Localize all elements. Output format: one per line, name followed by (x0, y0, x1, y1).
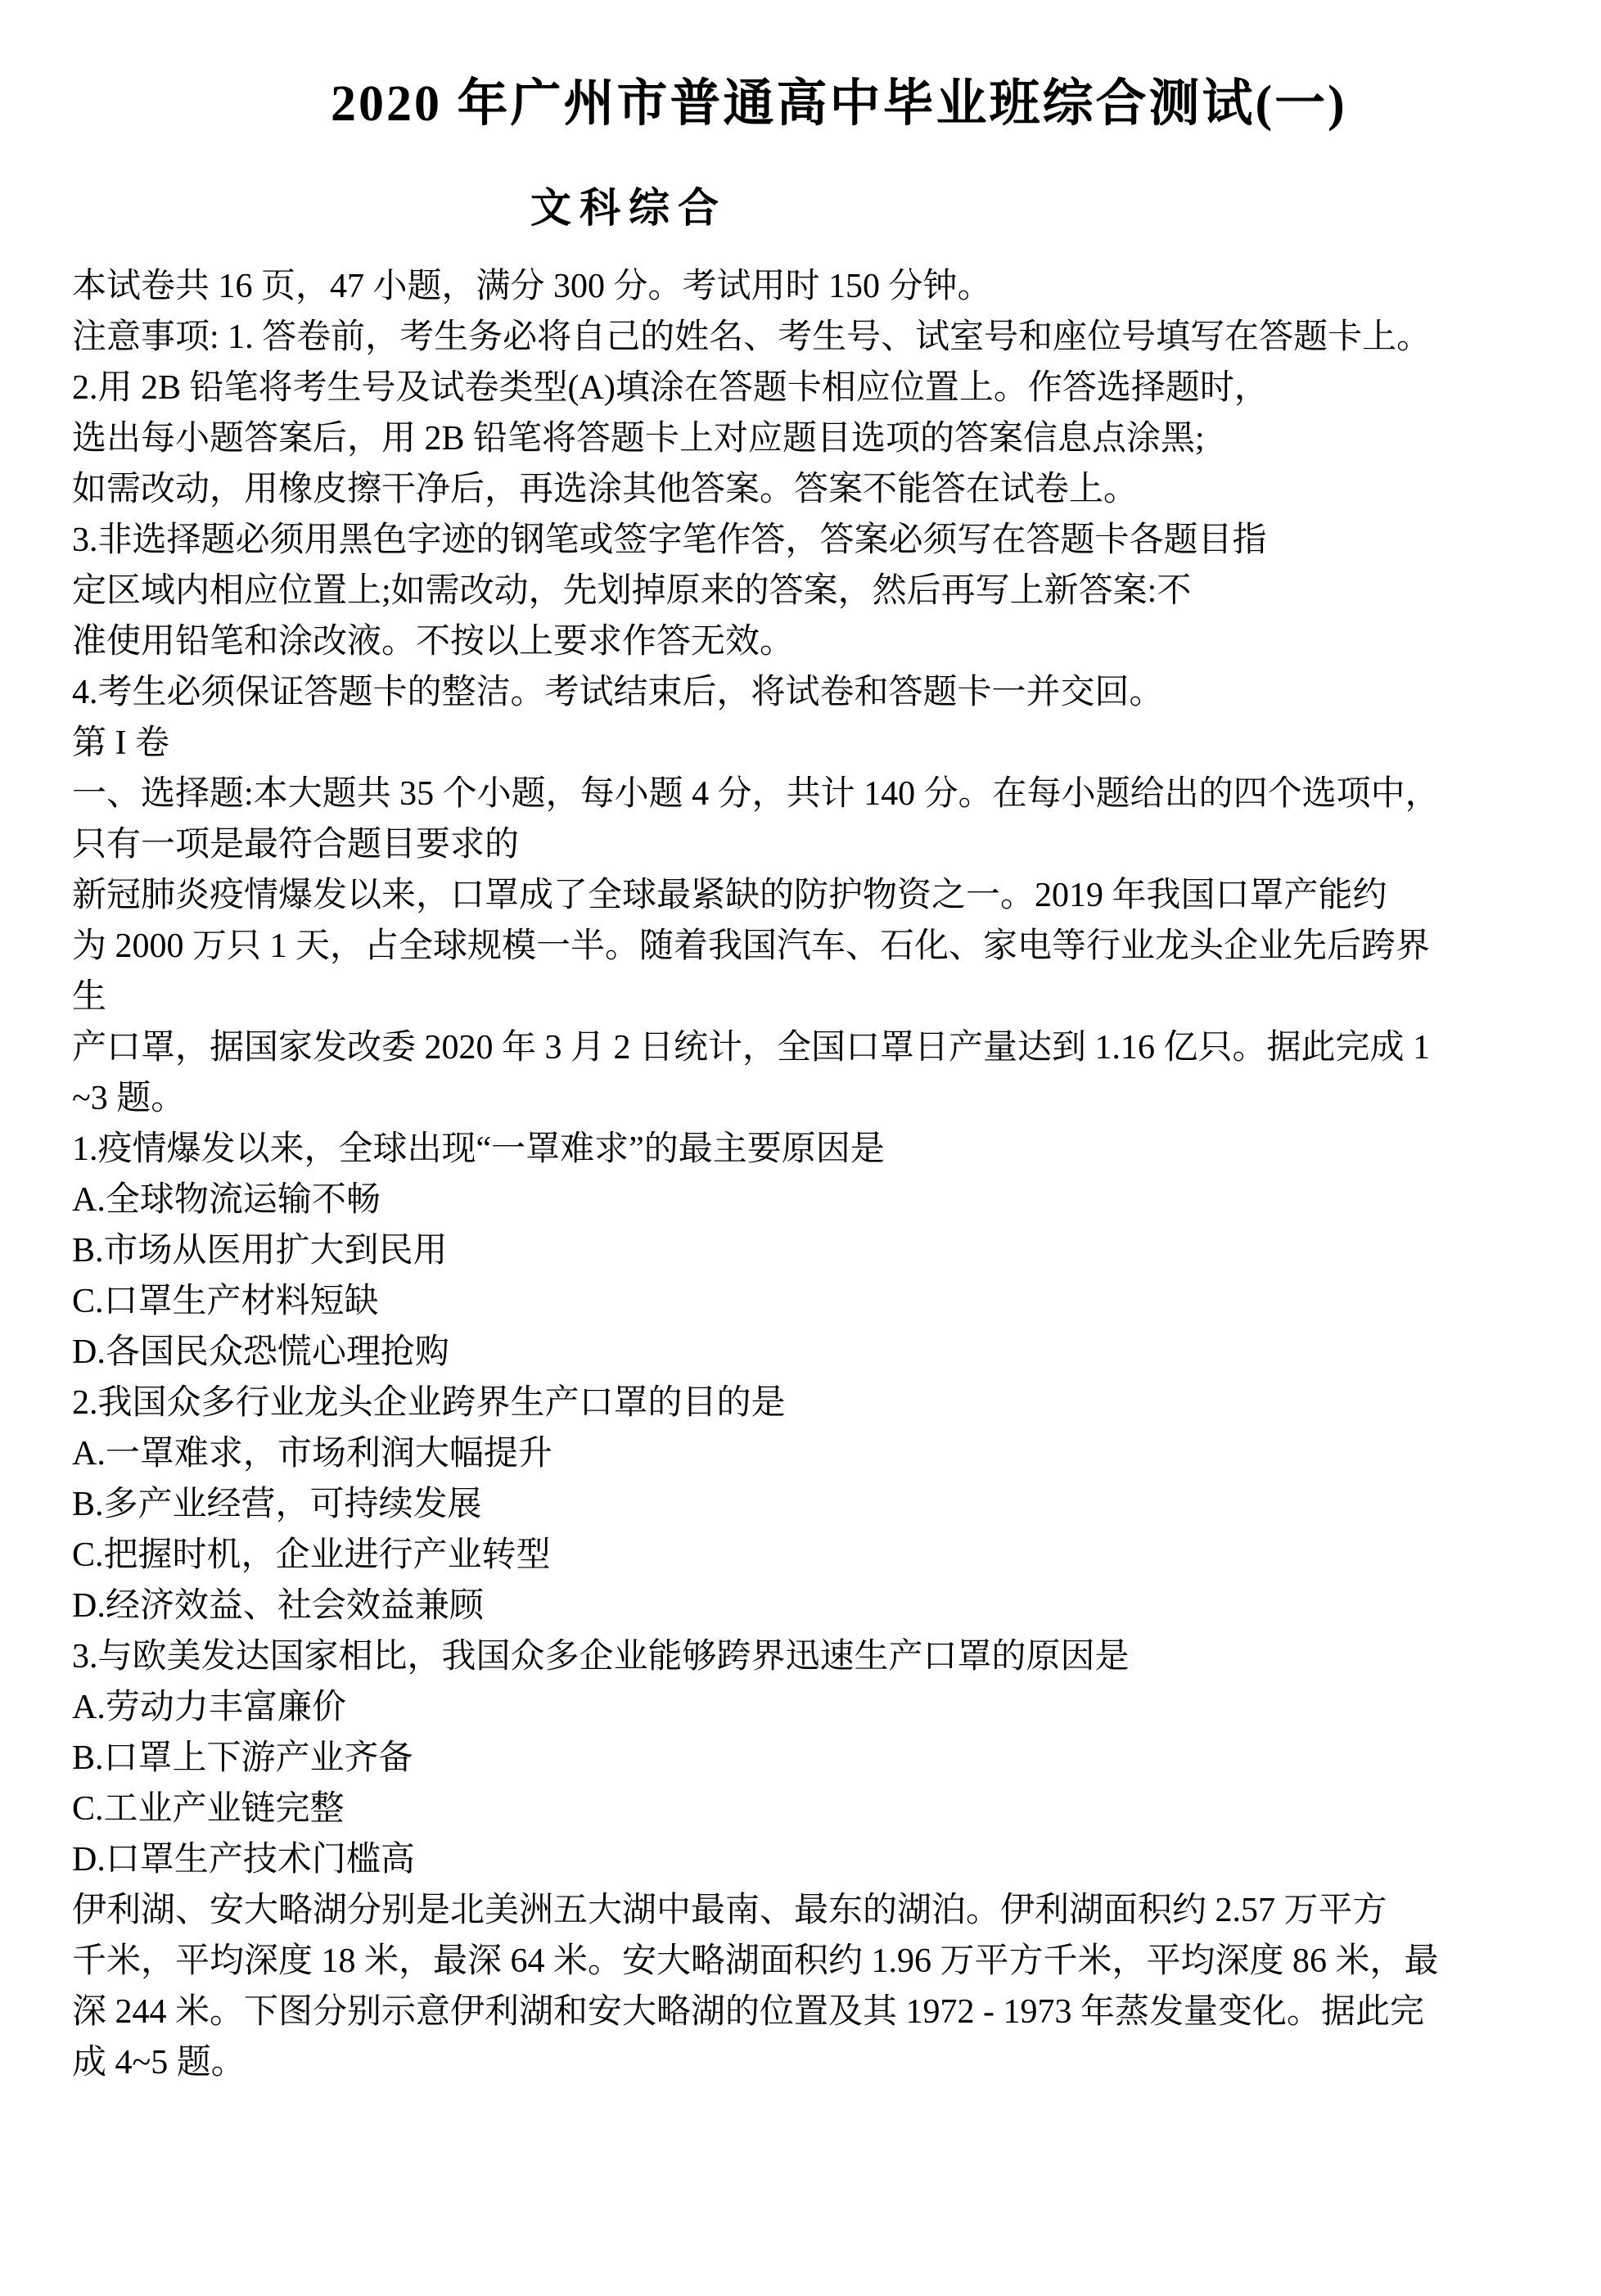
text-line: C.工业产业链完整 (72, 1784, 1568, 1834)
text-line: ~3 题。 (72, 1073, 1568, 1124)
text-line: 注意事项: 1. 答卷前，考生务必将自己的姓名、考生号、试室号和座位号填写在答题… (72, 312, 1568, 363)
text-line: 为 2000 万只 1 天，占全球规模一半。随着我国汽车、石化、家电等行业龙头企… (72, 921, 1568, 972)
text-line: 生 (72, 972, 1568, 1022)
text-line: 深 244 米。下图分别示意伊利湖和安大略湖的位置及其 1972 - 1973 … (72, 1987, 1568, 2037)
text-line: A.一罩难求，市场利润大幅提升 (72, 1428, 1568, 1479)
text-line: 成 4~5 题。 (72, 2037, 1568, 2088)
exam-title: 2020 年广州市普通高中毕业班综合测试(一) (331, 71, 1347, 137)
text-line: 准使用铅笔和涂改液。不按以上要求作答无效。 (72, 616, 1568, 667)
text-line: C.把握时机，企业进行产业转型 (72, 1530, 1568, 1581)
text-line: 选出每小题答案后，用 2B 铅笔将答题卡上对应题目选项的答案信息点涂黑; (72, 413, 1568, 464)
exam-body: 本试卷共 16 页，47 小题，满分 300 分。考试用时 150 分钟。注意事… (72, 261, 1568, 2088)
text-line: D.各国民众恐慌心理抢购 (72, 1327, 1568, 1378)
text-line: B.市场从医用扩大到民用 (72, 1225, 1568, 1276)
text-line: D.经济效益、社会效益兼顾 (72, 1581, 1568, 1631)
text-line: 千米，平均深度 18 米，最深 64 米。安大略湖面积约 1.96 万平方千米，… (72, 1936, 1568, 1987)
text-line: C.口罩生产材料短缺 (72, 1276, 1568, 1327)
exam-subtitle: 文科综合 (530, 183, 727, 233)
text-line: 只有一项是最符合题目要求的 (72, 819, 1568, 870)
text-line: 第 I 卷 (72, 718, 1568, 769)
text-line: 3.与欧美发达国家相比，我国众多企业能够跨界迅速生产口罩的原因是 (72, 1631, 1568, 1682)
text-line: A.全球物流运输不畅 (72, 1175, 1568, 1225)
text-line: 4.考生必须保证答题卡的整洁。考试结束后，将试卷和答题卡一并交回。 (72, 667, 1568, 718)
text-line: 定区域内相应位置上;如需改动，先划掉原来的答案，然后再写上新答案:不 (72, 566, 1568, 616)
text-line: 2.我国众多行业龙头企业跨界生产口罩的目的是 (72, 1378, 1568, 1428)
text-line: 产口罩，据国家发改委 2020 年 3 月 2 日统计，全国口罩日产量达到 1.… (72, 1022, 1568, 1073)
text-line: 新冠肺炎疫情爆发以来，口罩成了全球最紧缺的防护物资之一。2019 年我国口罩产能… (72, 870, 1568, 921)
text-line: 1.疫情爆发以来，全球出现“一罩难求”的最主要原因是 (72, 1124, 1568, 1175)
text-line: 3.非选择题必须用黑色字迹的钢笔或签字笔作答，答案必须写在答题卡各题目指 (72, 515, 1568, 566)
text-line: D.口罩生产技术门槛高 (72, 1834, 1568, 1885)
text-line: B.多产业经营，可持续发展 (72, 1479, 1568, 1530)
text-line: 本试卷共 16 页，47 小题，满分 300 分。考试用时 150 分钟。 (72, 261, 1568, 312)
text-line: A.劳动力丰富廉价 (72, 1682, 1568, 1733)
text-line: 一、选择题:本大题共 35 个小题，每小题 4 分，共计 140 分。在每小题给… (72, 769, 1568, 819)
text-line: B.口罩上下游产业齐备 (72, 1733, 1568, 1784)
text-line: 2.用 2B 铅笔将考生号及试卷类型(A)填涂在答题卡相应位置上。作答选择题时， (72, 363, 1568, 413)
text-line: 伊利湖、安大略湖分别是北美洲五大湖中最南、最东的湖泊。伊利湖面积约 2.57 万… (72, 1885, 1568, 1936)
exam-paper-page: 2020 年广州市普通高中毕业班综合测试(一) 文科综合 本试卷共 16 页，4… (0, 0, 1601, 2296)
text-line: 如需改动，用橡皮擦干净后，再选涂其他答案。答案不能答在试卷上。 (72, 464, 1568, 515)
